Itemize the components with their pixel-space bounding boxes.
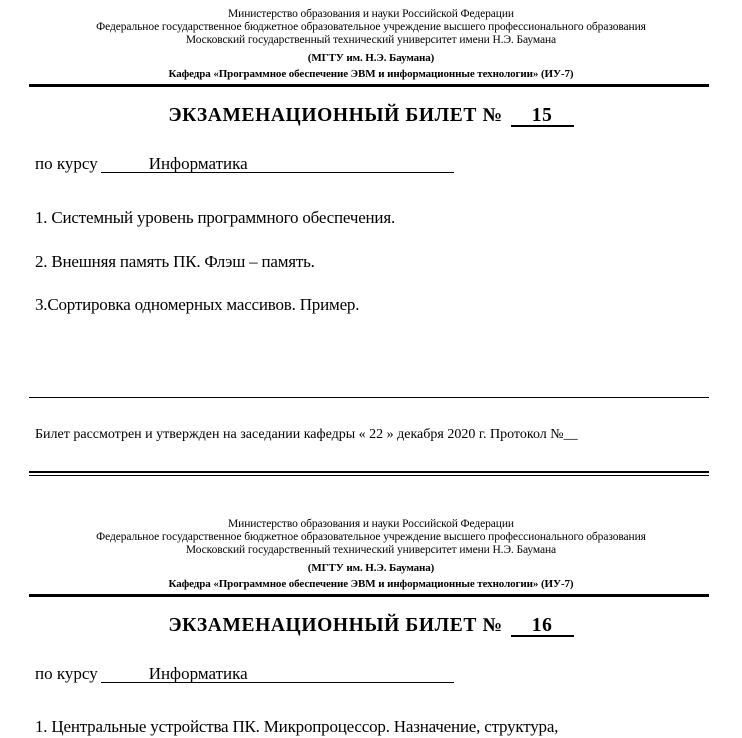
approval-line: Билет рассмотрен и утвержден на заседани… [35,427,578,443]
header-divider [29,594,709,597]
question-1: 1. Системный уровень программного обеспе… [35,208,395,228]
course-label: по курсу [35,664,98,683]
ministry-line: Министерство образования и науки Российс… [0,8,742,20]
ticket-separator-top [29,471,709,473]
university-abbrev: (МГТУ им. Н.Э. Баумана) [0,562,742,574]
ticket-number: 16 [511,616,574,637]
course-label: по курсу [35,154,98,173]
course-value: Информатика [101,156,454,173]
header-divider [29,84,709,87]
university-line: Московский государственный технический у… [0,34,742,46]
ministry-line: Министерство образования и науки Российс… [0,518,742,530]
ticket-title: ЭКЗАМЕНАЦИОННЫЙ БИЛЕТ №16 [0,615,742,637]
question-1: 1. Центральные устройства ПК. Микропроце… [35,717,558,737]
ticket-title-text: ЭКЗАМЕНАЦИОННЫЙ БИЛЕТ № [168,105,502,126]
ticket-title: ЭКЗАМЕНАЦИОННЫЙ БИЛЕТ №15 [0,105,742,127]
question-3: 3.Сортировка одномерных массивов. Пример… [35,295,359,315]
ticket-title-text: ЭКЗАМЕНАЦИОННЫЙ БИЛЕТ № [168,615,502,636]
university-abbrev: (МГТУ им. Н.Э. Баумана) [0,52,742,64]
department-line: Кафедра «Программное обеспечение ЭВМ и и… [0,68,742,80]
course-value: Информатика [101,666,454,683]
questions-divider [29,397,709,398]
ticket-number: 15 [511,106,574,127]
course-row: по курсуИнформатика [35,154,454,174]
ticket-separator-bottom [29,475,709,476]
institution-type-line: Федеральное государственное бюджетное об… [0,531,742,543]
department-line: Кафедра «Программное обеспечение ЭВМ и и… [0,578,742,590]
course-row: по курсуИнформатика [35,664,454,684]
university-line: Московский государственный технический у… [0,544,742,556]
question-2: 2. Внешняя память ПК. Флэш – память. [35,252,315,272]
institution-type-line: Федеральное государственное бюджетное об… [0,21,742,33]
